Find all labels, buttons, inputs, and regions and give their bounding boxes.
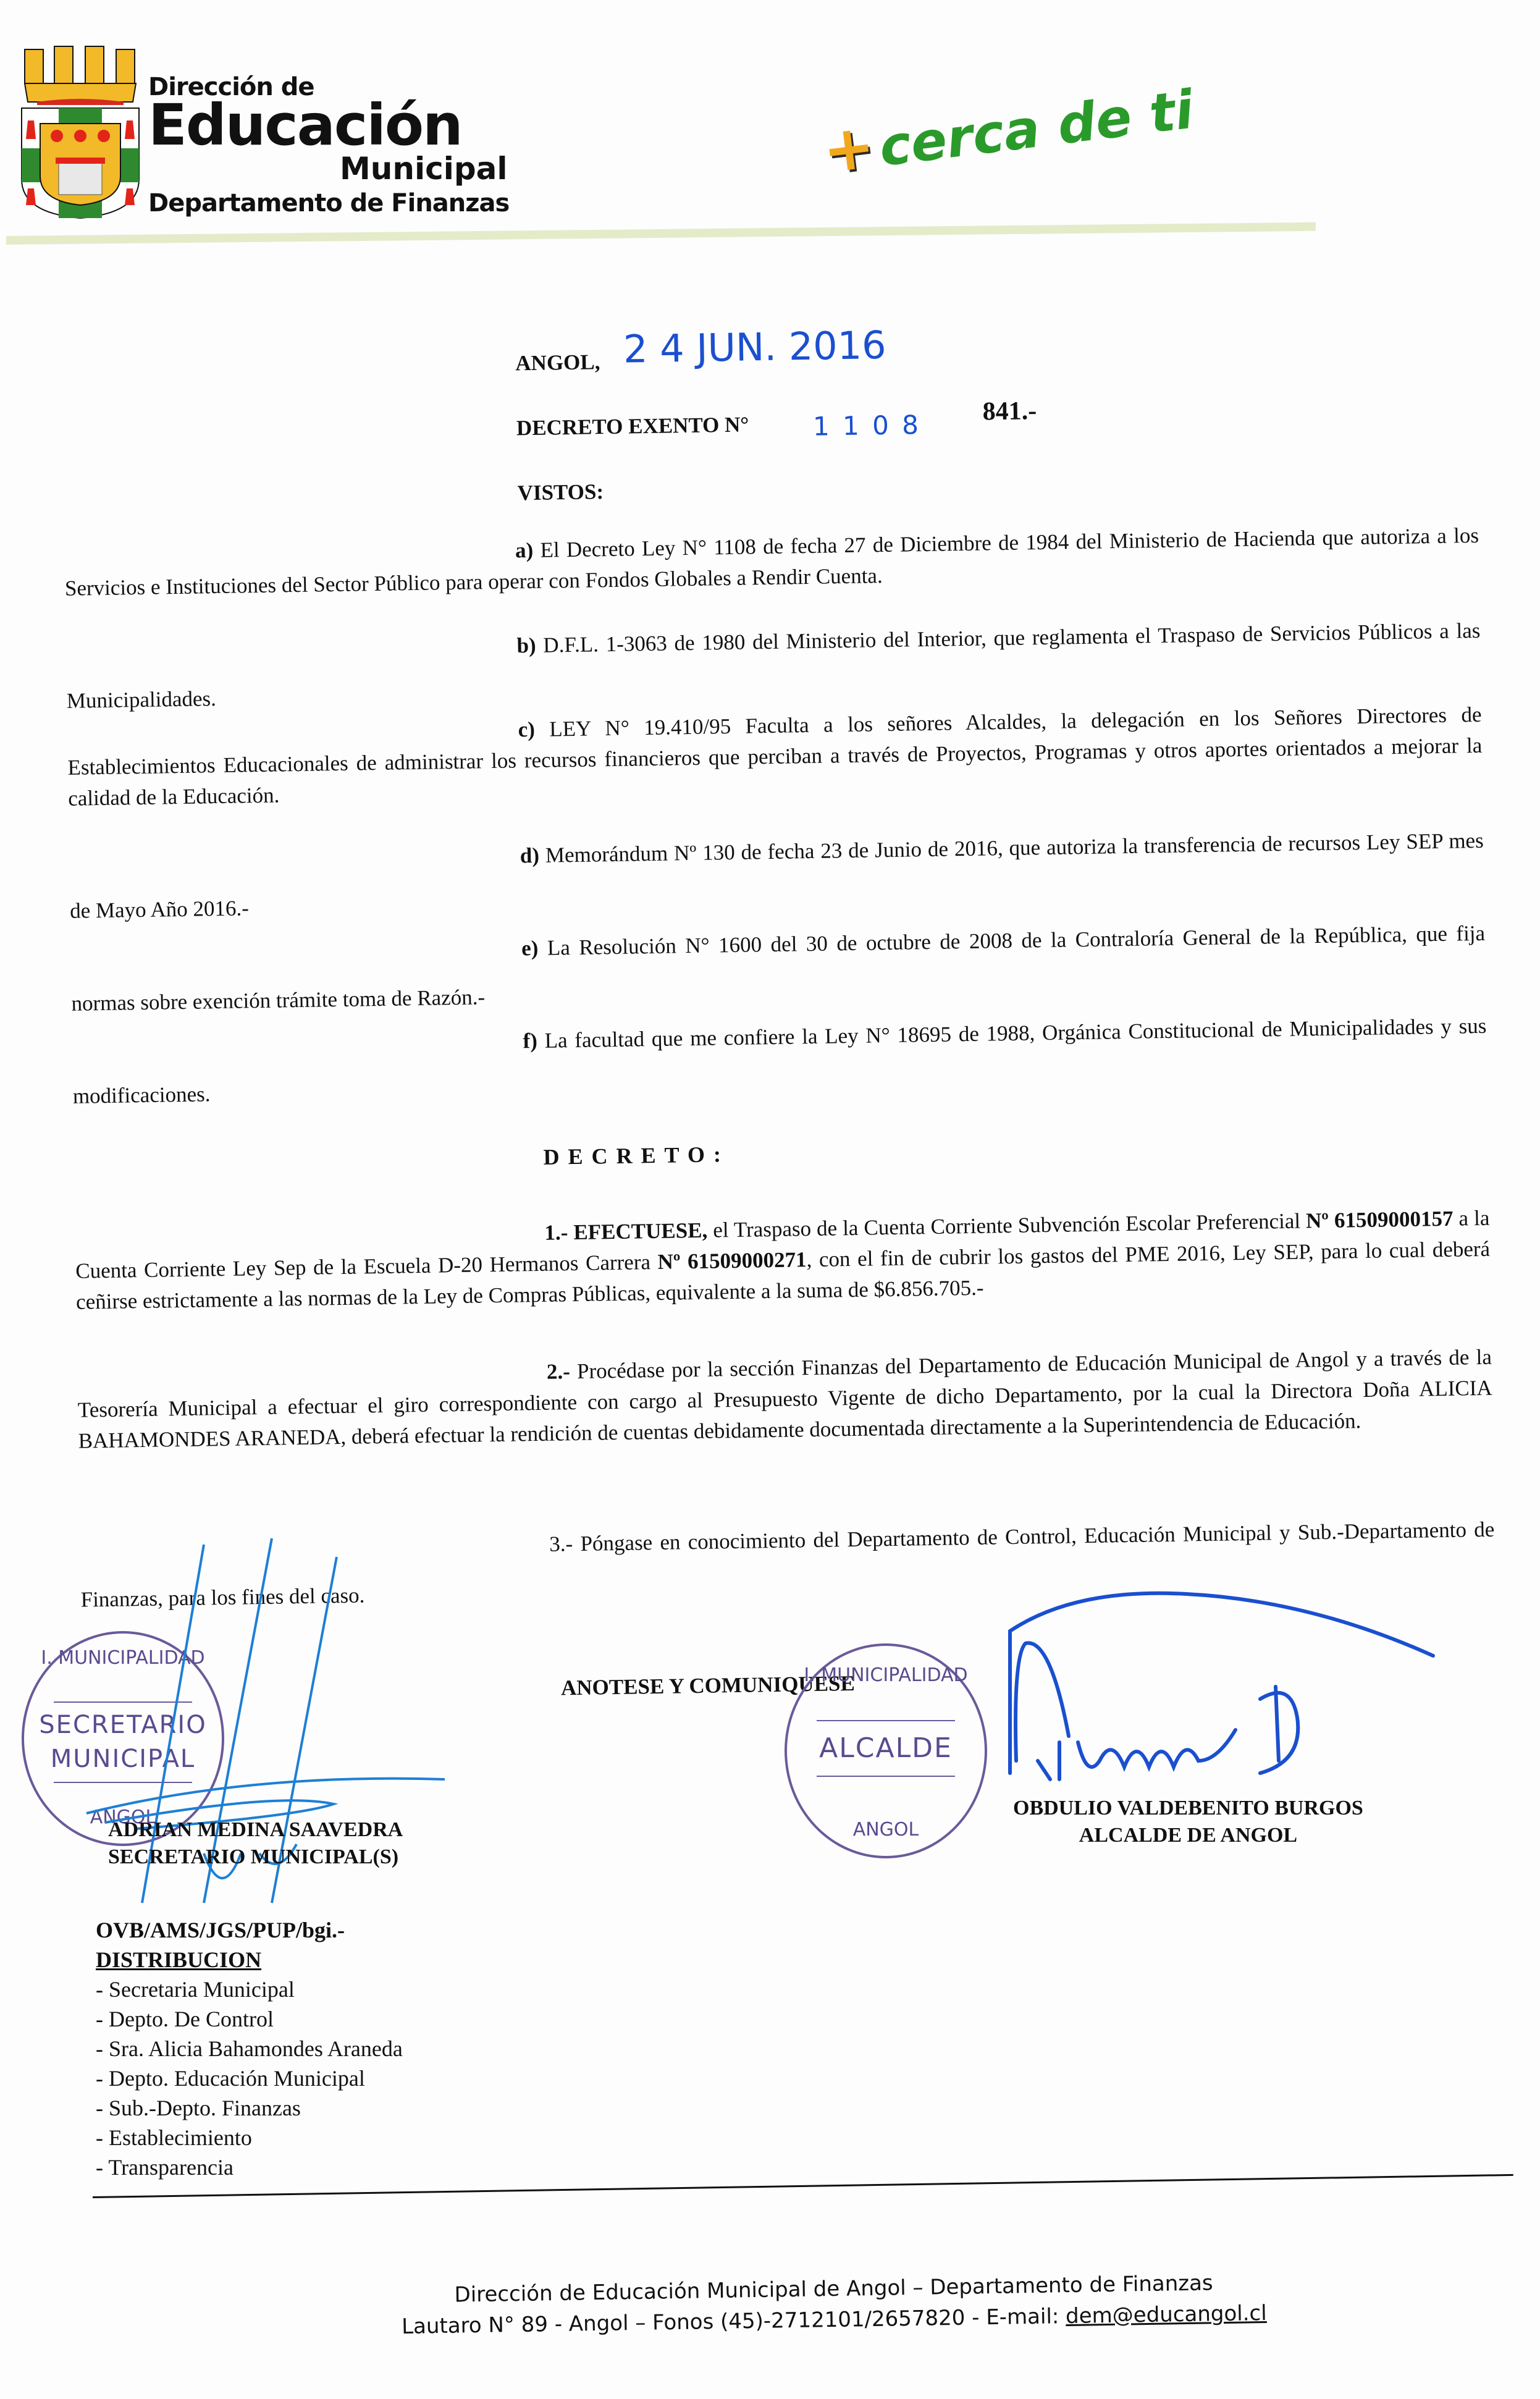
secretary-title: SECRETARIO MUNICIPAL(S) (108, 1844, 403, 1871)
article-1: 1.- EFECTUESE, el Traspaso de la Cuenta … (75, 1203, 1491, 1318)
mayor-name-block: OBDULIO VALDEBENITO BURGOS ALCALDE DE AN… (1013, 1795, 1363, 1849)
email-link[interactable]: dem@educangol.cl (1066, 2301, 1267, 2329)
distribution-item: - Depto. De Control (96, 2004, 403, 2034)
document-body: ANGOL, 2 4 JUN. 2016 DECRETO EXENTO N° 1… (0, 0, 1521, 12)
account-to: Nº 61509000271 (657, 1247, 807, 1274)
initials-code: OVB/AMS/JGS/PUP/bgi.- (96, 1915, 403, 1945)
decreto-title: DECRETO: (543, 1140, 730, 1171)
distribution-item: - Establecimiento (96, 2123, 403, 2152)
header-divider (6, 222, 1316, 245)
article-2: 2.- Procédase por la sección Finanzas de… (77, 1342, 1493, 1457)
vistos-title: VISTOS: (517, 478, 604, 507)
transfer-amount: $6.856.705.- (873, 1276, 983, 1302)
date-stamp: 2 4 JUN. 2016 (623, 332, 886, 363)
distribution-item: - Secretaria Municipal (96, 1975, 403, 2004)
organization-name: Dirección de Educación Municipal Departa… (148, 73, 509, 217)
mayor-name: OBDULIO VALDEBENITO BURGOS (1013, 1795, 1363, 1822)
org-line-3: Municipal (340, 151, 509, 187)
plus-icon: + (818, 109, 878, 187)
distribution-item: - Sra. Alicia Bahamondes Araneda (96, 2034, 403, 2064)
decree-number: 841.- (982, 397, 1037, 425)
mayor-seal: I. MUNICIPALIDAD ALCALDE ANGOL (785, 1643, 987, 1858)
municipal-crest-icon (19, 43, 142, 219)
visto-a: a) El Decreto Ley N° 1108 de fecha 27 de… (64, 520, 1479, 604)
document-page: Dirección de Educación Municipal Departa… (0, 0, 1540, 2399)
slogan: +cerca de ti (818, 70, 1197, 188)
footer: Dirección de Educación Municipal de Ango… (308, 2266, 1359, 2344)
org-line-2: Educación (148, 99, 509, 152)
distribution-title: DISTRIBUCION (96, 1945, 403, 1975)
org-department: Departamento de Finanzas (148, 189, 509, 217)
secretary-name-block: ADRIAN MEDINA SAAVEDRA SECRETARIO MUNICI… (108, 1816, 403, 1871)
decree-stamp-number: 1 1 0 8 (813, 411, 922, 441)
mayor-title: ALCALDE DE ANGOL (1013, 1822, 1363, 1849)
mayor-signature-icon (1001, 1575, 1470, 1810)
place-label: ANGOL, (515, 348, 600, 377)
slogan-text: cerca de ti (876, 79, 1197, 179)
distribution-item: - Sub.-Depto. Finanzas (96, 2093, 403, 2123)
decree-label: DECRETO EXENTO N° (516, 411, 749, 442)
distribution-block: OVB/AMS/JGS/PUP/bgi.- DISTRIBUCION - Sec… (96, 1915, 403, 2182)
secretary-name: ADRIAN MEDINA SAAVEDRA (108, 1816, 403, 1844)
distribution-item: - Depto. Educación Municipal (96, 2064, 403, 2093)
distribution-item: - Transparencia (96, 2152, 403, 2182)
account-from: Nº 61509000157 (1306, 1207, 1454, 1233)
